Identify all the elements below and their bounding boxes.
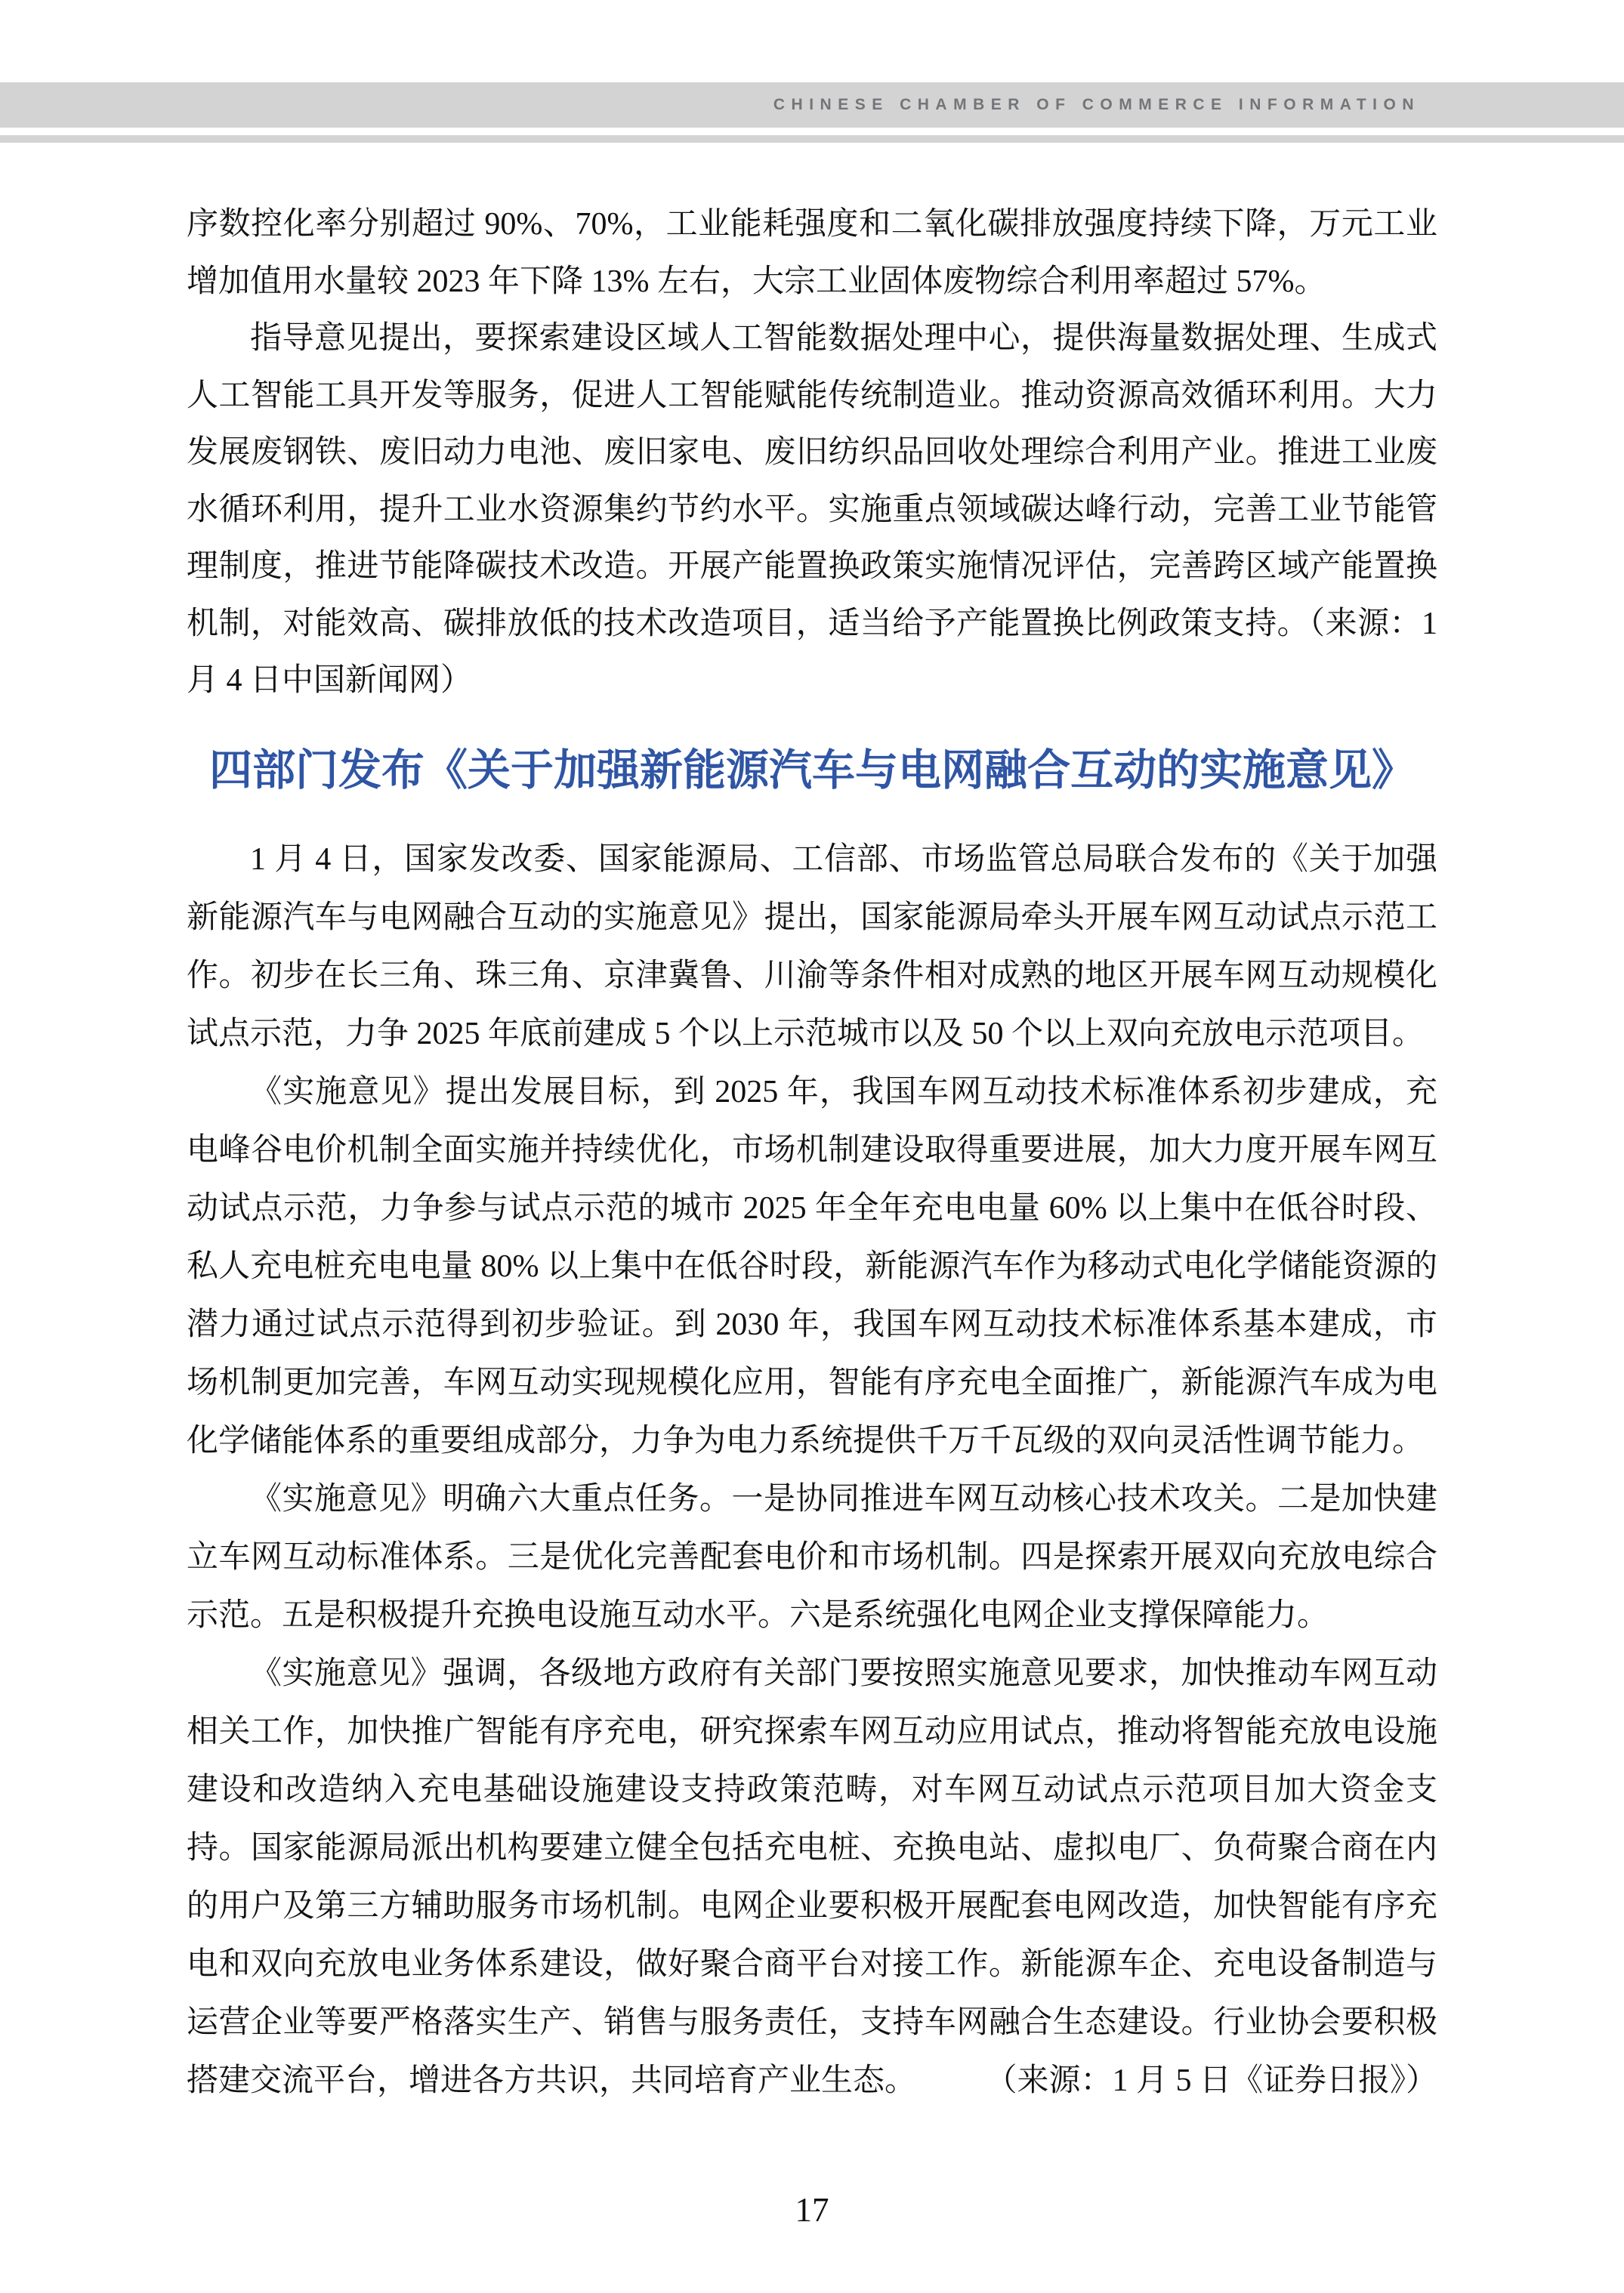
page-number: 17 [0,2190,1624,2230]
header-banner-text: CHINESE CHAMBER OF COMMERCE INFORMATION [773,96,1420,114]
article2-title: 四部门发布《关于加强新能源汽车与电网融合互动的实施意见》 [0,745,1624,796]
paragraph: 《实施意见》提出发展目标，到 2025 年，我国车网互动技术标准体系初步建成，充… [187,1063,1437,1471]
paragraph: 序数控化率分别超过 90%、70%，工业能耗强度和二氧化碳排放强度持续下降，万元… [187,196,1437,310]
paragraph: 《实施意见》明确六大重点任务。一是协同推进车网互动核心技术攻关。二是加快建立车网… [187,1471,1437,1645]
article2-source: （来源：1 月 5 日《证券日报》） [985,2052,1437,2110]
paragraph: 《实施意见》强调，各级地方政府有关部门要按照实施意见要求，加快推动车网互动相关工… [187,1645,1437,2110]
header-banner: CHINESE CHAMBER OF COMMERCE INFORMATION [0,82,1624,128]
article1-body: 序数控化率分别超过 90%、70%，工业能耗强度和二氧化碳排放强度持续下降，万元… [187,196,1437,710]
paragraph: 1 月 4 日，国家发改委、国家能源局、工信部、市场监管总局联合发布的《关于加强… [187,831,1437,1063]
header-banner-rule [0,135,1624,143]
paragraph: 指导意见提出，要探索建设区域人工智能数据处理中心，提供海量数据处理、生成式人工智… [187,310,1437,710]
article2-body: 1 月 4 日，国家发改委、国家能源局、工信部、市场监管总局联合发布的《关于加强… [187,831,1437,2110]
document-page: CHINESE CHAMBER OF COMMERCE INFORMATION … [0,0,1624,2293]
